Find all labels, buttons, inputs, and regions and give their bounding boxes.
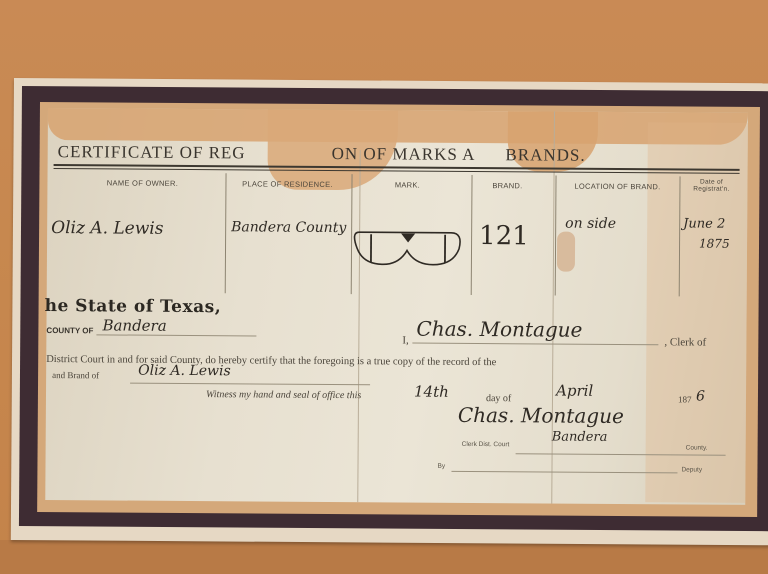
owner-name: Oliz A. Lewis xyxy=(51,218,163,239)
registration-date: June 2 xyxy=(683,216,725,231)
title-part: CERTIFICATE OF REG xyxy=(58,142,246,162)
title-part: BRANDS. xyxy=(505,145,585,165)
witness-text: Witness my hand and seal of office this xyxy=(206,389,361,401)
column-divider xyxy=(225,173,227,293)
column-header-mark: MARK. xyxy=(357,180,457,190)
state-heading: he State of Texas, xyxy=(45,296,222,317)
county-value: Bandera xyxy=(102,316,166,334)
witness-year-suffix: 6 xyxy=(696,389,705,405)
residence: Bandera County xyxy=(231,219,346,236)
clerk-signature: Chas. Montague xyxy=(416,317,582,342)
column-headers: NAME OF OWNER. PLACE OF RESIDENCE. MARK.… xyxy=(47,178,747,199)
column-divider xyxy=(471,175,473,295)
brand-mark-icon xyxy=(353,228,465,267)
witness-year-prefix: 187 xyxy=(678,394,692,404)
brand-owner-name: Oliz A. Lewis xyxy=(138,363,231,380)
certificate-document: CERTIFICATE OF REGON OF MARKS ABRANDS. N… xyxy=(45,108,748,505)
registration-year: 1875 xyxy=(699,237,730,251)
brand-of-label: and Brand of xyxy=(52,370,99,380)
county-label-2: County. xyxy=(686,444,708,451)
fold-crease xyxy=(357,150,360,502)
clerk-of-text: , Clerk of xyxy=(664,336,706,348)
column-divider xyxy=(555,176,557,296)
witness-day: 14th xyxy=(414,383,449,401)
certification-text: District Court in and for said County, d… xyxy=(46,354,496,368)
column-header-date: Date of Registrat'n. xyxy=(681,178,741,192)
fill-line xyxy=(451,471,677,474)
clerk-signature-2: Chas. Montague xyxy=(458,403,624,428)
brand-number: 121 xyxy=(479,221,529,251)
clerk-prefix: I, xyxy=(402,334,409,346)
fill-line xyxy=(516,453,726,455)
county-label: COUNTY OF xyxy=(46,326,93,335)
certificate-title: CERTIFICATE OF REGON OF MARKS ABRANDS. xyxy=(58,142,586,166)
deputy-label: Deputy xyxy=(681,466,702,473)
clerk-dist-court-label: Clerk Dist. Court xyxy=(462,441,510,448)
title-part: ON OF MARKS A xyxy=(332,144,476,164)
column-header-owner: NAME OF OWNER. xyxy=(67,178,217,188)
column-header-location: LOCATION OF BRAND. xyxy=(557,182,677,192)
fill-line xyxy=(130,383,370,386)
column-header-brand: BRAND. xyxy=(467,181,547,191)
brand-location: on side xyxy=(565,216,616,232)
witness-month: April xyxy=(556,382,593,400)
column-header-residence: PLACE OF RESIDENCE. xyxy=(227,179,347,189)
fill-line xyxy=(412,343,658,346)
by-label: By xyxy=(437,463,445,470)
wall-background xyxy=(0,540,768,574)
fill-line xyxy=(96,334,256,336)
age-stain xyxy=(557,232,575,272)
county-value-2: Bandera xyxy=(552,430,608,445)
